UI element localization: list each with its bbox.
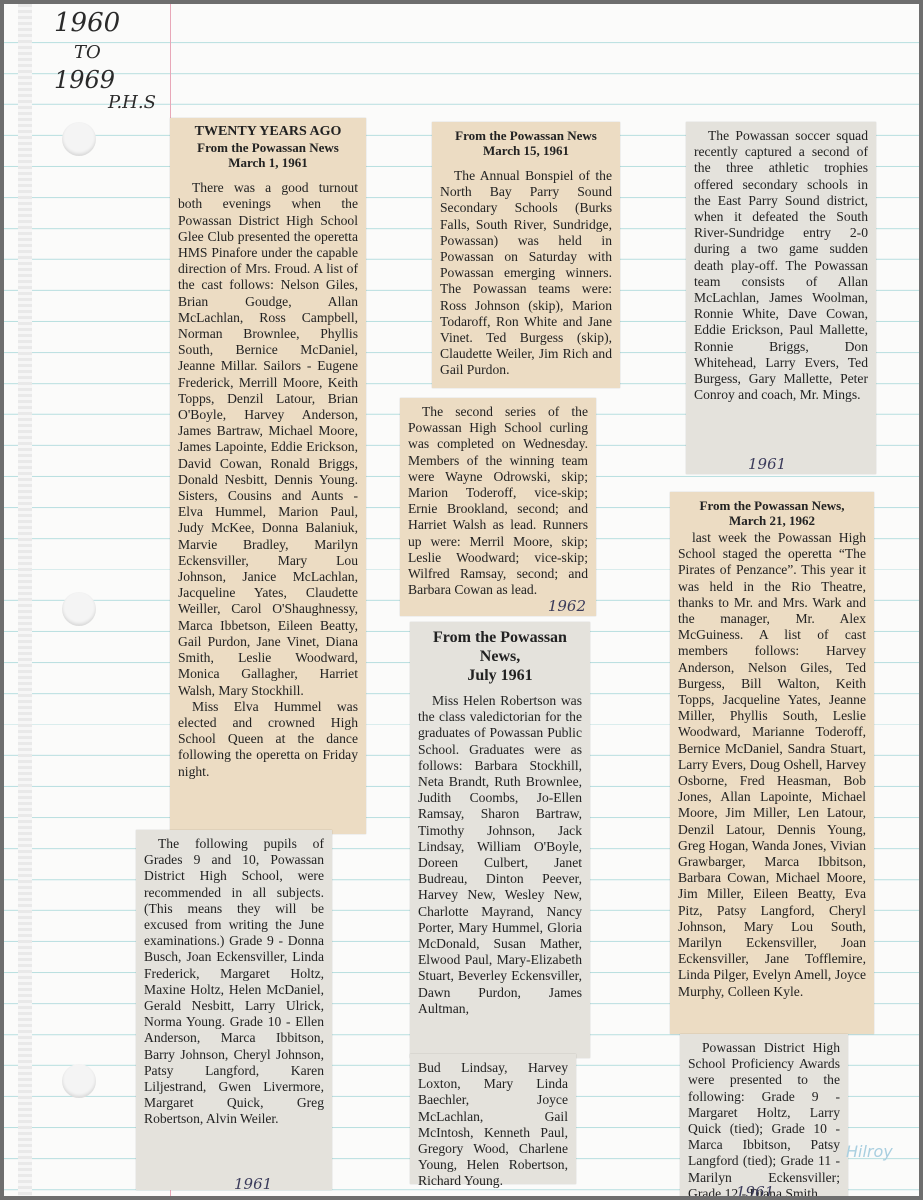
clipping-curling: The second series of the Powassan High S… <box>400 398 596 616</box>
clipping-source: From the Powassan News <box>440 128 612 143</box>
paper-brand-logo: Hilroy <box>846 1142 893 1161</box>
punch-hole <box>62 592 96 626</box>
clipping-source: From the Powassan News, <box>418 628 582 666</box>
binding-edge <box>18 4 32 1196</box>
clipping-body: Powassan District High School Proficienc… <box>688 1040 840 1196</box>
handwritten-year-note: 1961 <box>748 456 786 472</box>
clipping-july-1961-continued: Bud Lindsay, Harvey Loxton, Mary Linda B… <box>410 1054 576 1184</box>
clipping-bonspiel: From the Powassan News March 15, 1961 Th… <box>432 122 620 388</box>
notebook-page: 1960 TO 1969 P.H.S TWENTY YEARS AGO From… <box>4 4 919 1196</box>
clipping-body: The Powassan soccer squad recently captu… <box>694 128 868 403</box>
clipping-body: last week the Powassan High School stage… <box>678 530 866 1000</box>
clipping-soccer: The Powassan soccer squad recently captu… <box>686 122 876 474</box>
clipping-july-1961: From the Powassan News, July 1961 Miss H… <box>410 622 590 1058</box>
handwritten-year-start: 1960 <box>54 8 120 38</box>
clipping-date: July 1961 <box>418 666 582 685</box>
clipping-twenty-years-ago: TWENTY YEARS AGO From the Powassan News … <box>170 118 366 834</box>
handwritten-year-note: 1961 <box>736 1184 774 1196</box>
clipping-date: March 21, 1962 <box>678 513 866 528</box>
clipping-source: From the Powassan News, <box>678 498 866 513</box>
clipping-body: There was a good turnout both evenings w… <box>178 180 358 699</box>
clipping-body: The second series of the Powassan High S… <box>408 404 588 598</box>
clipping-pirates-of-penzance: From the Powassan News, March 21, 1962 l… <box>670 492 874 1034</box>
clipping-kicker: TWENTY YEARS AGO <box>178 124 358 140</box>
handwritten-phs: P.H.S <box>108 92 156 113</box>
punch-hole <box>62 1064 96 1098</box>
handwritten-year-end: 1969 <box>54 66 115 94</box>
clipping-body: The following pupils of Grades 9 and 10,… <box>144 836 324 1128</box>
clipping-date: March 15, 1961 <box>440 143 612 158</box>
handwritten-year-note: 1961 <box>234 1176 272 1192</box>
clipping-proficiency-awards: Powassan District High School Proficienc… <box>680 1034 848 1196</box>
handwritten-to: TO <box>74 42 101 63</box>
clipping-source: From the Powassan News <box>178 140 358 155</box>
clipping-body: Miss Helen Robertson was the class valed… <box>418 693 582 1017</box>
clipping-body: Miss Elva Hummel was elected and crowned… <box>178 699 358 780</box>
clipping-body: Bud Lindsay, Harvey Loxton, Mary Linda B… <box>418 1060 568 1190</box>
handwritten-year-note: 1962 <box>548 598 586 614</box>
clipping-grades-recommended: The following pupils of Grades 9 and 10,… <box>136 830 332 1190</box>
clipping-body: The Annual Bonspiel of the North Bay Par… <box>440 168 612 379</box>
clipping-date: March 1, 1961 <box>178 155 358 170</box>
punch-hole <box>62 122 96 156</box>
